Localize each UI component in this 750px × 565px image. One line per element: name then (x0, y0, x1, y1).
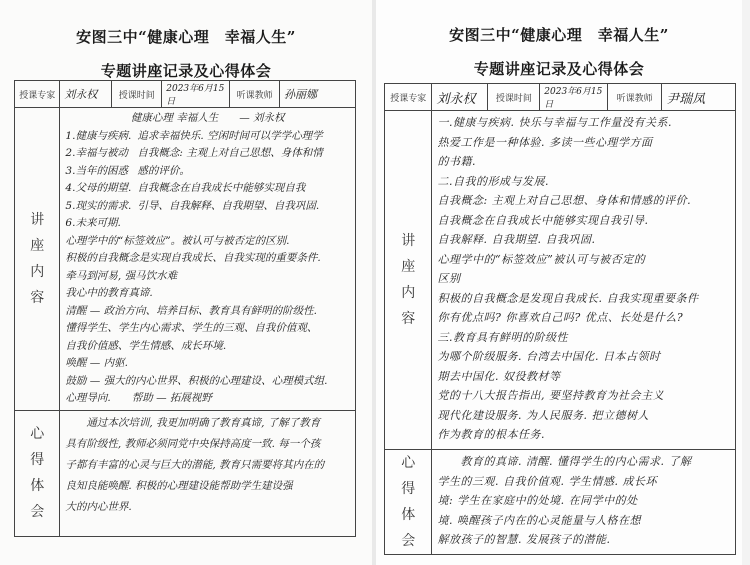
lecture-outline: 1.健康与疾病. 2.幸福与被动 3.当年的困惑 4.父母的期望. 5.现实的需… (65, 128, 350, 233)
content-line: 良知良能唤醒. 积极的心理建设能帮助学生建设强 (65, 476, 350, 497)
content-line: 区别 (437, 269, 730, 289)
content-line: 子都有丰富的心灵与巨大的潜能, 教育只需要将其内在的 (65, 455, 350, 476)
label-char: 体 (15, 473, 59, 499)
lecture-heading: 健康心理 幸福人生 — 刘永权 (65, 110, 350, 128)
label-char: 讲 (15, 207, 59, 233)
topic-item: 4.父母的期望. (65, 180, 137, 198)
label-char: 容 (385, 306, 431, 332)
content-line: 的书籍. (437, 152, 730, 172)
content-line: 作为教育的根本任务. (437, 425, 730, 445)
label-char: 体 (385, 502, 431, 528)
lecture-content: 一.健康与疾病. 快乐与幸福与工作量没有关系. 热爱工作是一种体验. 多读一些心… (432, 111, 736, 450)
content-line: 牵马到河易, 强马饮水难 (65, 268, 350, 286)
content-line: 境: 学生在家庭中的处境. 在同学中的处 (437, 491, 730, 511)
teacher-label: 听课教师 (608, 84, 662, 111)
form-header-row: 授课专家 刘永权 授课时间 2023年6月15日 听课教师 尹瑞凤 (385, 84, 736, 111)
expert-label: 授课专家 (385, 84, 432, 111)
time-label: 授课时间 (112, 81, 162, 108)
reflection-row: 心 得 体 会 通过本次培训, 我更加明确了教育真谛, 了解了教育 具有阶级性,… (15, 410, 356, 536)
content-line: 自我价值感、学生情感、成长环境. (65, 338, 350, 356)
content-line: 积极的自我概念是发现自我成长. 自我实现重要条件 (437, 289, 730, 309)
content-line: 具有阶级性, 教师必须同党中央保持高度一致. 每一个孩 (65, 434, 350, 455)
content-line: 一.健康与疾病. 快乐与幸福与工作量没有关系. (437, 113, 730, 133)
label-char: 心 (385, 450, 431, 476)
lecture-record-form: 授课专家 刘永权 授课时间 2023年6月15日 听课教师 尹瑞凤 讲 座 内 … (384, 83, 736, 555)
lecture-content-row: 讲 座 内 容 一.健康与疾病. 快乐与幸福与工作量没有关系. 热爱工作是一种体… (385, 111, 736, 450)
label-char: 容 (15, 285, 59, 311)
topic-item: 5.现实的需求. (65, 198, 137, 216)
content-line: 唤醒 — 内驱. (65, 355, 350, 373)
expert-value: 刘永权 (60, 81, 112, 108)
note-line: 追求幸福快乐. 空闲时间可以学学心理学 (137, 128, 350, 146)
content-line: 心理导向. 帮助 — 拓展视野 (65, 390, 350, 408)
content-line: 通过本次培训, 我更加明确了教育真谛, 了解了教育 (65, 413, 350, 434)
reflection-content: 教育的真谛. 清醒. 懂得学生的内心需求. 了解 学生的三观. 自我价值观. 学… (432, 450, 736, 555)
reflection-content: 通过本次培训, 我更加明确了教育真谛, 了解了教育 具有阶级性, 教师必须同党中… (60, 410, 356, 536)
form-header-row: 授课专家 刘永权 授课时间 2023年6月15日 听课教师 孙丽娜 (15, 81, 356, 108)
content-line: 心理学中的“标签效应”被认可与被否定的 (437, 250, 730, 270)
content-line: 你有优点吗? 你喜欢自己吗? 优点、长处是什么? (437, 308, 730, 328)
content-line: 境. 唤醒孩子内在的心灵能量与人格在想 (437, 511, 730, 531)
label-char: 座 (385, 254, 431, 280)
content-line: 为哪个阶级服务. 台湾去中国化. 日本占领时 (437, 347, 730, 367)
topic-item: 2.幸福与被动 (65, 145, 137, 163)
label-char: 心 (15, 421, 59, 447)
content-line: 积极的自我概念是实现自我成长、自我实现的重要条件. (65, 250, 350, 268)
lecture-side-notes: 追求幸福快乐. 空闲时间可以学学心理学 自我概念: 主观上对自己思想、身体和情 … (137, 128, 350, 233)
content-line: 热爱工作是一种体验. 多读一些心理学方面 (437, 133, 730, 153)
label-char: 会 (15, 499, 59, 525)
reflection-row: 心 得 体 会 教育的真谛. 清醒. 懂得学生的内心需求. 了解 学生的三观. … (385, 450, 736, 555)
document-title: 安图三中“健康心理 幸福人生” (0, 26, 372, 47)
teacher-value: 孙丽娜 (280, 81, 356, 108)
label-char: 座 (15, 233, 59, 259)
right-document-page: 安图三中“健康心理 幸福人生” 专题讲座记录及心得体会 授课专家 刘永权 授课时… (376, 0, 742, 565)
lecture-record-form: 授课专家 刘永权 授课时间 2023年6月15日 听课教师 孙丽娜 讲 座 内 … (14, 80, 356, 537)
teacher-label: 听课教师 (230, 81, 280, 108)
topic-item: 1.健康与疾病. (65, 128, 137, 146)
content-line: 自我解释. 自我期望. 自我巩固. (437, 230, 730, 250)
reflection-label: 心 得 体 会 (15, 410, 60, 536)
content-line: 大的内心世界. (65, 497, 350, 518)
time-value: 2023年6月15日 (162, 81, 230, 108)
reflection-label: 心 得 体 会 (385, 450, 432, 555)
lecture-content-label: 讲 座 内 容 (385, 111, 432, 450)
content-line: 教育的真谛. 清醒. 懂得学生的内心需求. 了解 (437, 452, 730, 472)
content-line: 学生的三观. 自我价值观. 学生情感. 成长环 (437, 472, 730, 492)
time-value: 2023年6月15日 (540, 84, 608, 111)
document-title: 安图三中“健康心理 幸福人生” (376, 24, 742, 45)
lecture-content-label: 讲 座 内 容 (15, 108, 60, 411)
topic-item: 6.未来可期. (65, 215, 137, 233)
document-subtitle: 专题讲座记录及心得体会 (376, 58, 742, 79)
expert-value: 刘永权 (432, 84, 488, 111)
topic-item: 3.当年的困惑 (65, 163, 137, 181)
time-label: 授课时间 (488, 84, 540, 111)
content-line: 自我概念: 主观上对自己思想、身体和情感的评价. (437, 191, 730, 211)
label-char: 得 (15, 447, 59, 473)
label-char: 内 (15, 259, 59, 285)
content-line: 党的十八大报告指出, 要坚持教育为社会主义 (437, 386, 730, 406)
note-line: 引导、自我解释、自我期望、自我巩固. (137, 198, 350, 216)
left-document-page: 安图三中“健康心理 幸福人生” 专题讲座记录及心得体会 授课专家 刘永权 授课时… (0, 0, 372, 565)
content-line: 鼓励 — 强大的内心世界、积极的心理建设、心理模式组. (65, 373, 350, 391)
content-line: 懂得学生、学生内心需求、学生的三观、自我价值观、 (65, 320, 350, 338)
content-line: 心理学中的“标签效应”。被认可与被否定的区别. (65, 233, 350, 251)
document-subtitle: 专题讲座记录及心得体会 (0, 60, 372, 81)
lecture-content-row: 讲 座 内 容 健康心理 幸福人生 — 刘永权 1.健康与疾病. 2.幸福与被动… (15, 108, 356, 411)
content-line: 期去中国化. 奴役教材等 (437, 367, 730, 387)
label-char: 讲 (385, 228, 431, 254)
content-line: 二.自我的形成与发展. (437, 172, 730, 192)
content-line: 我心中的教育真谛. (65, 285, 350, 303)
expert-label: 授课专家 (15, 81, 60, 108)
note-line: 自我概念: 主观上对自己思想、身体和情 (137, 145, 350, 163)
content-line: 解放孩子的智慧. 发展孩子的潜能. (437, 530, 730, 550)
note-line: 自我概念在自我成长中能够实现自我 (137, 180, 350, 198)
note-line: 感的评价。 (137, 163, 350, 181)
lecture-topic-list: 1.健康与疾病. 2.幸福与被动 3.当年的困惑 4.父母的期望. 5.现实的需… (65, 128, 137, 233)
teacher-value: 尹瑞凤 (662, 84, 736, 111)
lecture-content: 健康心理 幸福人生 — 刘永权 1.健康与疾病. 2.幸福与被动 3.当年的困惑… (60, 108, 356, 411)
label-char: 会 (385, 528, 431, 554)
content-line: 清醒 — 政治方向、培养目标、教育具有鲜明的阶级性. (65, 303, 350, 321)
content-line: 自我概念在自我成长中能够实现自我引导. (437, 211, 730, 231)
label-char: 内 (385, 280, 431, 306)
content-line: 现代化建设服务. 为人民服务. 把立德树人 (437, 406, 730, 426)
content-line: 三.教育具有鲜明的阶级性 (437, 328, 730, 348)
label-char: 得 (385, 476, 431, 502)
